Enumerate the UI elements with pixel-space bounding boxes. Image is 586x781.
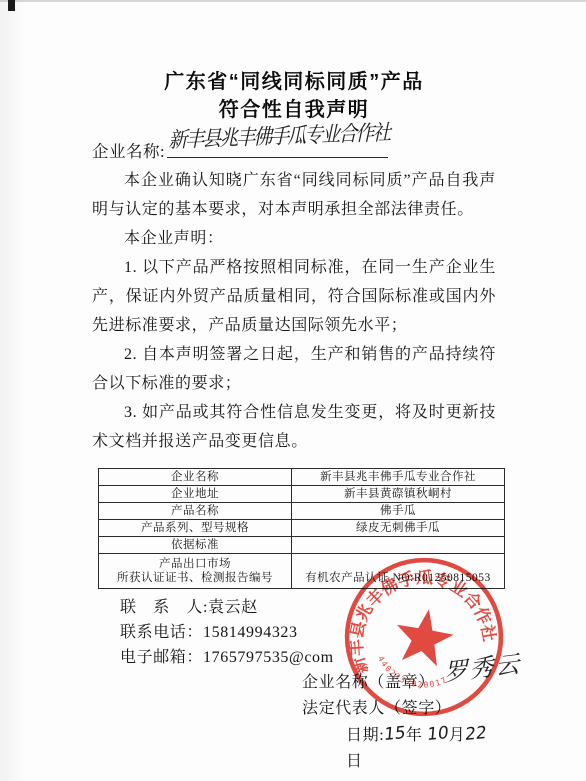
date-month-handwritten: 10 (426, 720, 450, 748)
table-cell-value: 绿皮无刺佛手瓜 (292, 520, 505, 537)
declaration-paragraph: 本企业声明： (92, 224, 496, 253)
date-day-suffix: 日 (346, 753, 363, 770)
scan-artifact-left-shade (0, 0, 26, 781)
contact-phone-line: 联系电话：15814994323 (120, 620, 496, 645)
scan-artifact-top-line (0, 0, 586, 2)
title-line-1: 广东省“同线同标同质”产品 (92, 68, 496, 96)
contact-person-line: 联 系 人:袁云赵 (120, 595, 496, 620)
table-row: 产品名称 佛手瓜 (99, 503, 505, 520)
scanned-declaration-document: 广东省“同线同标同质”产品 符合性自我声明 企业名称:新丰县兆丰佛手瓜专业合作社… (0, 0, 586, 781)
contact-email-label: 电子邮箱： (120, 649, 203, 666)
declaration-body: 本企业确认知晓广东省“同线同标同质”产品自我声明与认定的基本要求，对本声明承担全… (92, 166, 496, 456)
date-day-handwritten: 22 (464, 720, 488, 748)
declaration-paragraph: 3. 如产品或其符合性信息发生变更，将及时更新技术文档并报送产品变更信息。 (92, 398, 496, 456)
declaration-paragraph: 2. 自本声明签署之日起，生产和销售的产品持续符合以下标准的要求； (92, 340, 496, 398)
table-cell-value (292, 537, 505, 554)
contact-block: 联 系 人:袁云赵 联系电话：15814994323 电子邮箱：17657975… (92, 595, 496, 670)
date-year-handwritten: 15 (383, 720, 407, 748)
table-cell-value: 新丰县兆丰佛手瓜专业合作社 (292, 469, 505, 486)
table-cell-label: 企业名称 (99, 469, 292, 486)
table-row: 企业名称 新丰县兆丰佛手瓜专业合作社 (99, 469, 505, 486)
table-row: 产品系列、型号规格 绿皮无刺佛手瓜 (99, 520, 505, 537)
table-row: 依据标准 (99, 537, 505, 554)
company-name-label: 企业名称: (92, 142, 165, 161)
contact-email-line: 电子邮箱：1765797535@com (120, 645, 496, 670)
table-row: 企业地址 新丰县黄磜镇秋峒村 (99, 486, 505, 503)
date-line: 日期:15年 10月22日 (302, 722, 496, 775)
table-cell-label: 产品名称 (99, 503, 292, 520)
date-year-suffix: 年 (406, 727, 427, 744)
signoff-block: 企业名称（盖章） 法定代表人（签字） 日期:15年 10月22日 (92, 670, 496, 775)
contact-phone-value: 15814994323 (203, 624, 298, 641)
table-row: 产品出口市场 所获认证证书、检测报告编号 有机农产品认证 NO:R0125081… (99, 554, 505, 589)
company-name-underline: 新丰县兆丰佛手瓜专业合作社 (167, 130, 388, 158)
declaration-paragraph: 1. 以下产品严格按照相同标准，在同一生产企业生产，保证内外贸产品质量相同，符合… (92, 253, 496, 340)
declaration-paragraph: 本企业确认知晓广东省“同线同标同质”产品自我声明与认定的基本要求，对本声明承担全… (92, 166, 496, 224)
contact-email-value: 1765797535@com (203, 649, 334, 666)
company-name-handwritten: 新丰县兆丰佛手瓜专业合作社 (167, 116, 394, 154)
table-cell-label: 产品系列、型号规格 (99, 520, 292, 537)
table-cell-label: 依据标准 (99, 537, 292, 554)
table-cell-value: 有机农产品认证 NO:R01250815053 (292, 554, 505, 589)
company-name-line: 企业名称:新丰县兆丰佛手瓜专业合作社 (92, 130, 496, 160)
legal-representative-line: 法定代表人（签字） (302, 696, 496, 722)
table-cell-value: 新丰县黄磜镇秋峒村 (292, 486, 505, 503)
document-title: 广东省“同线同标同质”产品 符合性自我声明 (92, 68, 496, 124)
product-info-table: 企业名称 新丰县兆丰佛手瓜专业合作社 企业地址 新丰县黄磜镇秋峒村 产品名称 佛… (98, 468, 505, 589)
table-cell-label: 企业地址 (99, 486, 292, 503)
date-label: 日期: (346, 727, 384, 744)
table-cell-label: 产品出口市场 所获认证证书、检测报告编号 (99, 554, 292, 589)
table-cell-value: 佛手瓜 (292, 503, 505, 520)
date-month-suffix: 月 (449, 727, 466, 744)
contact-phone-label: 联系电话： (120, 624, 203, 641)
table-cell-label-line2: 所获认证证书、检测报告编号 (102, 571, 288, 585)
table-cell-label-line1: 产品出口市场 (102, 557, 288, 571)
